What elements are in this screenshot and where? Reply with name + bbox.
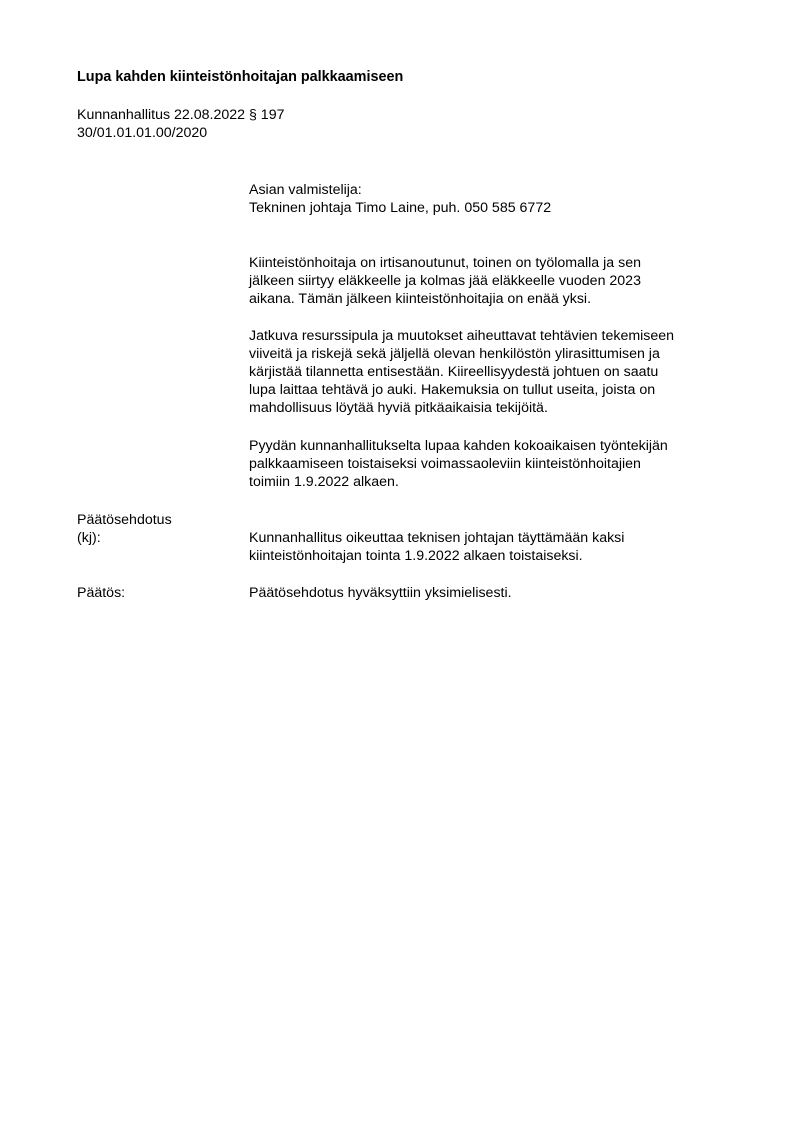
paragraph-line: Kiinteistönhoitaja on irtisanoutunut, to… (249, 254, 749, 272)
paragraph-line: lupa laittaa tehtävä jo auki. Hakemuksia… (249, 381, 749, 399)
document-title: Lupa kahden kiinteistönhoitajan palkkaam… (77, 68, 403, 86)
paragraph-line: Jatkuva resurssipula ja muutokset aiheut… (249, 327, 749, 345)
preparer-label: Asian valmistelija: (249, 181, 739, 199)
proposal-line: Kunnanhallitus oikeuttaa teknisen johtaj… (249, 529, 749, 547)
decision-label: Päätös: (77, 584, 125, 602)
preparer-value: Tekninen johtaja Timo Laine, puh. 050 58… (249, 199, 739, 217)
record-number: 30/01.01.01.00/2020 (77, 124, 207, 142)
proposal-label-line2: (kj): (77, 529, 101, 547)
paragraph-line: mahdollisuus löytää hyviä pitkäaikaisia … (249, 399, 749, 417)
paragraph-line: toimiin 1.9.2022 alkaen. (249, 473, 749, 491)
meeting-line: Kunnanhallitus 22.08.2022 § 197 (77, 106, 284, 124)
paragraph-line: aikana. Tämän jälkeen kiinteistönhoitaji… (249, 290, 749, 308)
paragraph-line: palkkaamiseen toistaiseksi voimassaolevi… (249, 455, 749, 473)
paragraph-line: kärjistää tilannetta entisestään. Kiiree… (249, 363, 749, 381)
paragraph-1: Kiinteistönhoitaja on irtisanoutunut, to… (249, 254, 749, 308)
paragraph-line: Pyydän kunnanhallitukselta lupaa kahden … (249, 437, 749, 455)
paragraph-3: Pyydän kunnanhallitukselta lupaa kahden … (249, 437, 749, 491)
paragraph-line: jälkeen siirtyy eläkkeelle ja kolmas jää… (249, 272, 749, 290)
proposal-text: Kunnanhallitus oikeuttaa teknisen johtaj… (249, 529, 749, 565)
paragraph-line: viiveitä ja riskejä sekä jäljellä olevan… (249, 345, 749, 363)
proposal-line: kiinteistönhoitajan tointa 1.9.2022 alka… (249, 547, 749, 565)
decision-text: Päätösehdotus hyväksyttiin yksimielisest… (249, 584, 739, 602)
paragraph-2: Jatkuva resurssipula ja muutokset aiheut… (249, 327, 749, 417)
proposal-label-line1: Päätösehdotus (77, 511, 172, 529)
